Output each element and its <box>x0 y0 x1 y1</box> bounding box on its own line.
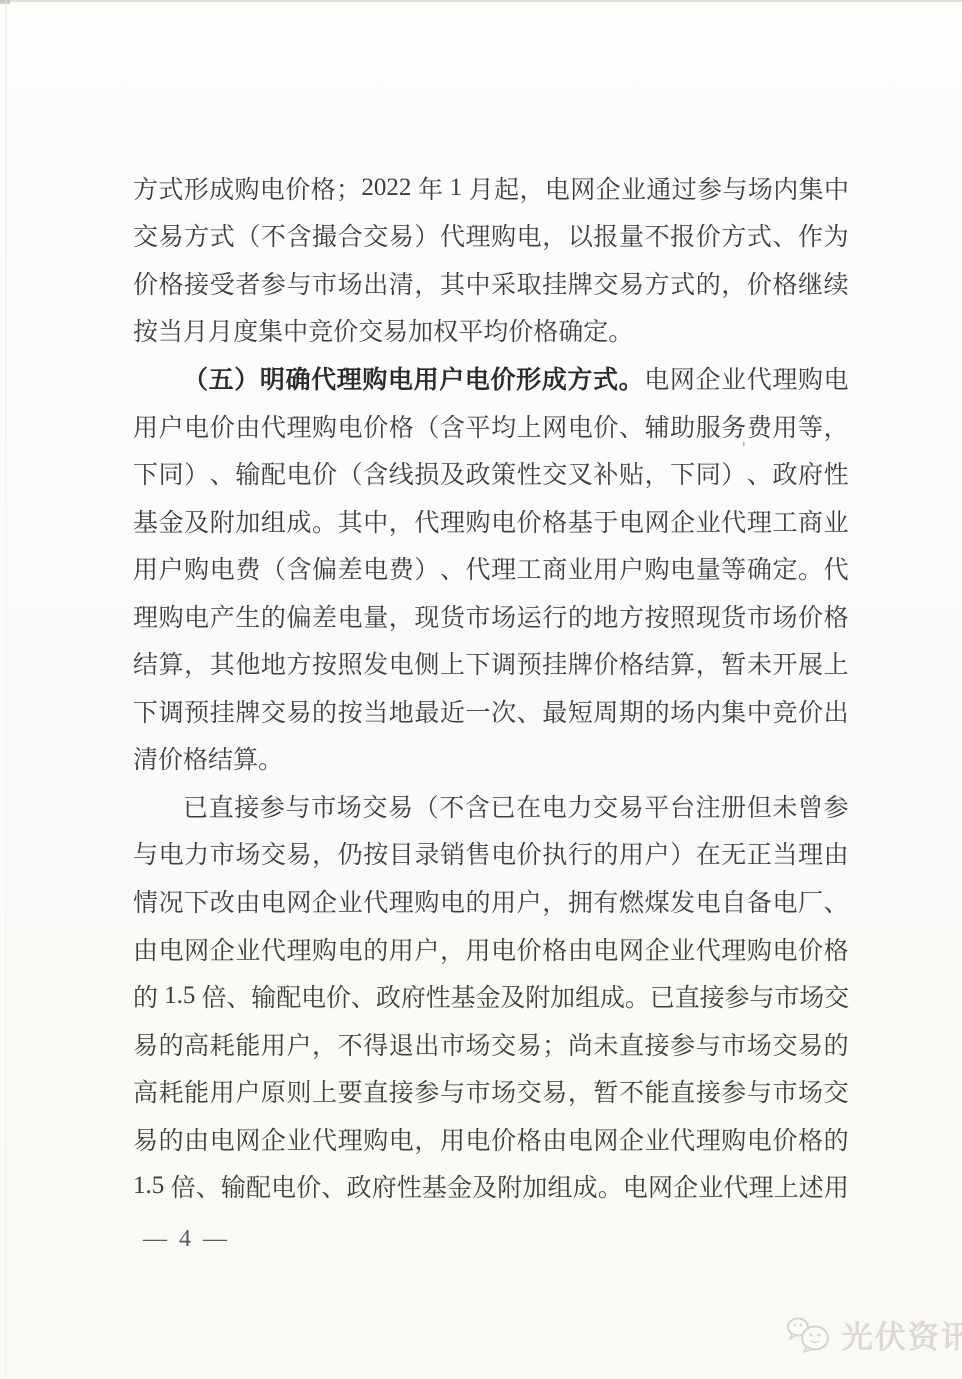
scan-top-edge <box>0 0 962 2</box>
document-body: 方式形成购电价格；2022 年 1 月起，电网企业通过参与场内集中交易方式（不含… <box>133 164 849 1210</box>
scan-stray-mark: ' <box>742 438 746 461</box>
wechat-icon <box>785 1313 833 1357</box>
text-line: 用户购电费（含偏差电费）、代理工商业用户购电量等确定。代 <box>133 544 849 592</box>
text-line: 高耗能用户原则上要直接参与市场交易，暂不能直接参与市场交 <box>133 1067 849 1115</box>
text-line: 1.5 倍、输配电价、政府性基金及附加组成。电网企业代理上述用 <box>133 1162 849 1210</box>
scan-left-edge <box>5 0 7 1379</box>
text-line: 的 1.5 倍、输配电价、政府性基金及附加组成。已直接参与市场交 <box>133 972 849 1020</box>
text-line: 基金及附加组成。其中，代理购电价格基于电网企业代理工商业 <box>133 497 849 545</box>
text-line: 与电力市场交易，仍按目录销售电价执行的用户）在无正当理由 <box>133 830 849 878</box>
text-line: 价格接受者参与市场出清，其中采取挂牌交易方式的，价格继续 <box>133 259 849 307</box>
text-line: 易的由电网企业代理购电，用电价格由电网企业代理购电价格的 <box>133 1115 849 1163</box>
text-line: （五）明确代理购电用户电价形成方式。电网企业代理购电 <box>133 354 849 402</box>
text-line: 结算，其他地方按照发电侧上下调预挂牌价格结算，暂未开展上 <box>133 639 849 687</box>
text-line: 已直接参与市场交易（不含已在电力交易平台注册但未曾参 <box>133 782 849 830</box>
text-line: 按当月月度集中竞价交易加权平均价格确定。 <box>133 307 849 355</box>
text-line: 由电网企业代理购电的用户，用电价格由电网企业代理购电价格 <box>133 925 849 973</box>
text-line: 理购电产生的偏差电量，现货市场运行的地方按照现货市场价格 <box>133 592 849 640</box>
text-line: 易的高耗能用户，不得退出市场交易；尚未直接参与市场交易的 <box>133 1020 849 1068</box>
text-line: 交易方式（不含撮合交易）代理购电，以报量不报价方式、作为 <box>133 212 849 260</box>
watermark: 光伏资讯 <box>785 1312 962 1357</box>
text-line: 下调预挂牌交易的按当地最近一次、最短周期的场内集中竞价出 <box>133 687 849 735</box>
text-line: 情况下改由电网企业代理购电的用户，拥有燃煤发电自备电厂、 <box>133 877 849 925</box>
scanned-document-page: 方式形成购电价格；2022 年 1 月起，电网企业通过参与场内集中交易方式（不含… <box>0 0 962 1379</box>
watermark-label: 光伏资讯 <box>842 1312 962 1357</box>
text-line: 方式形成购电价格；2022 年 1 月起，电网企业通过参与场内集中 <box>133 164 849 212</box>
page-number: — 4 — <box>143 1226 230 1253</box>
text-line: 清价格结算。 <box>133 735 849 783</box>
